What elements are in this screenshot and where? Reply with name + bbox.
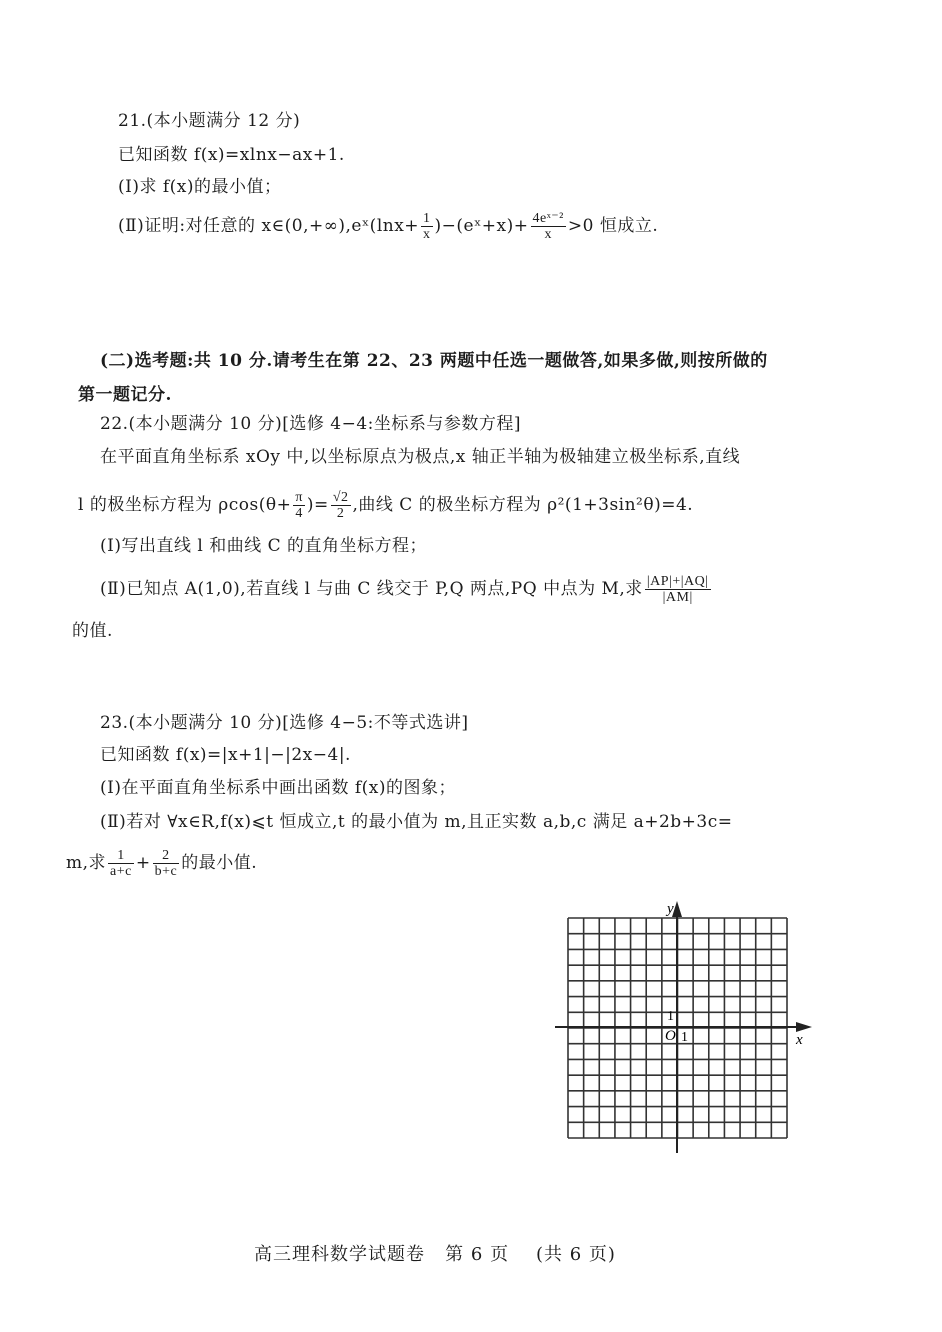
y-unit-label: 1 xyxy=(667,1009,674,1024)
fraction: √22 xyxy=(331,490,351,521)
q23-part2-line1: (Ⅱ)若对 ∀x∈R,f(x)⩽t 恒成立,t 的最小值为 m,且正实数 a,b… xyxy=(100,811,733,833)
q21-part1: (Ⅰ)求 f(x)的最小值； xyxy=(118,176,282,198)
q21-header: 21.(本小题满分 12 分) xyxy=(118,110,300,132)
fraction: |AP|+|AQ||AM| xyxy=(645,574,711,605)
q22-part2: (Ⅱ)已知点 A(1,0),若直线 l 与曲 C 线交于 P,Q 两点,PQ 中… xyxy=(100,574,713,605)
origin-label: O xyxy=(665,1028,676,1044)
q23-given: 已知函数 f(x)=|x+1|−|2x−4|. xyxy=(100,744,351,766)
q21-given: 已知函数 f(x)=xlnx−ax+1. xyxy=(118,144,345,166)
y-axis-label: y xyxy=(665,901,674,917)
footer-page: 第 6 页 xyxy=(445,1244,509,1265)
x-axis-label: x xyxy=(795,1032,803,1048)
q23-header: 23.(本小题满分 10 分)[选修 4−5:不等式选讲] xyxy=(100,712,469,734)
fraction: 1x xyxy=(421,211,433,242)
q21-part2-prefix: (Ⅱ)证明:对任意的 x∈(0,+∞),eˣ(lnx+ xyxy=(118,216,419,236)
q22-part2-end: 的值. xyxy=(72,620,113,642)
x-axis-arrow-icon xyxy=(796,1022,812,1032)
footer-title: 高三理科数学试题卷 xyxy=(254,1244,425,1265)
x-unit-label: 1 xyxy=(681,1030,688,1045)
fraction: π4 xyxy=(293,490,305,521)
section2-line1: (二)选考题:共 10 分.请考生在第 22、23 两题中任选一题做答,如果多做… xyxy=(100,350,768,372)
q22-line2: l 的极坐标方程为 ρcos(θ+π4)=√22,曲线 C 的极坐标方程为 ρ²… xyxy=(78,490,693,521)
fraction: 4eˣ⁻²x xyxy=(531,211,566,242)
q21-part2: (Ⅱ)证明:对任意的 x∈(0,+∞),eˣ(lnx+1x)−(eˣ+x)+4e… xyxy=(118,211,658,242)
section2-line2: 第一题记分. xyxy=(78,384,172,406)
q23-part2-line2: m,求1a+c+2b+c的最小值. xyxy=(66,848,257,879)
footer-total: (共 6 页) xyxy=(536,1244,616,1265)
page-footer: 高三理科数学试题卷 第 6 页 (共 6 页) xyxy=(254,1240,616,1266)
coordinate-grid: y x O 1 1 xyxy=(550,895,820,1160)
fraction: 1a+c xyxy=(108,848,134,879)
q23-part1: (Ⅰ)在平面直角坐标系中画出函数 f(x)的图象； xyxy=(100,777,456,799)
q22-header: 22.(本小题满分 10 分)[选修 4−4:坐标系与参数方程] xyxy=(100,413,521,435)
q22-line1: 在平面直角坐标系 xOy 中,以坐标原点为极点,x 轴正半轴为极轴建立极坐标系,… xyxy=(100,446,740,468)
fraction: 2b+c xyxy=(153,848,180,879)
q22-part1: (Ⅰ)写出直线 l 和曲线 C 的直角坐标方程； xyxy=(100,535,427,557)
